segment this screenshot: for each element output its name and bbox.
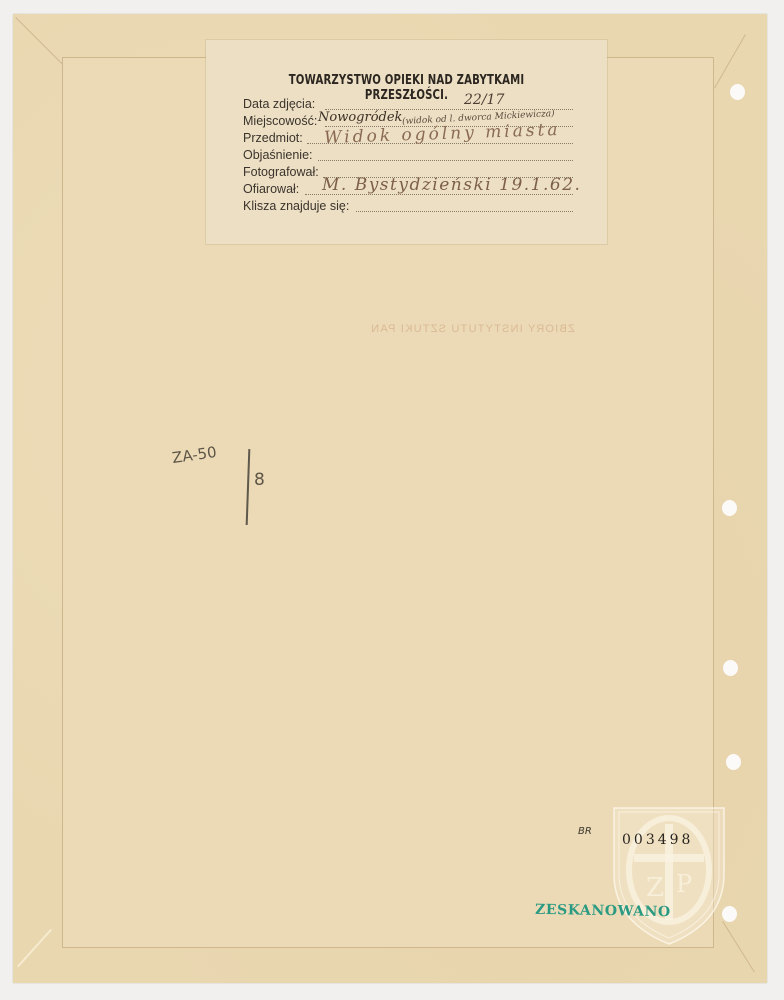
inventory-prefix: BR — [578, 826, 592, 837]
binder-hole — [722, 906, 737, 922]
pencil-number: 8 — [254, 470, 265, 490]
scanned-stamp: ZESKANOWANO — [535, 902, 671, 920]
svg-text:Z: Z — [646, 873, 664, 903]
field-label: Miejscowość: — [243, 114, 317, 128]
fold-crease-top-right — [714, 34, 746, 88]
binder-hole — [722, 500, 737, 516]
field-label: Data zdjęcia: — [243, 97, 315, 111]
field-label: Ofiarował: — [243, 182, 299, 196]
field-label: Klisza znajduje się: — [243, 199, 349, 213]
binder-hole — [730, 84, 745, 100]
binder-hole — [726, 754, 741, 770]
dotted-line — [356, 211, 573, 212]
catalog-label-card: TOWARZYSTWO OPIEKI NAD ZABYTKAMI PRZESZŁ… — [206, 40, 607, 244]
dotted-line — [318, 160, 573, 161]
binder-hole — [723, 660, 738, 676]
handwritten-donor: M. Bystydzieński 19.1.62. — [322, 175, 581, 195]
field-row-explanation: Objaśnienie: — [243, 146, 573, 164]
fold-crease-bottom-left — [17, 929, 52, 967]
svg-text:P: P — [676, 870, 692, 898]
field-label: Fotografował: — [243, 165, 319, 179]
inventory-number: 003498 — [622, 832, 693, 848]
field-label: Przedmiot: — [243, 131, 303, 145]
handwritten-place: Nowogródek — [318, 110, 402, 125]
field-label: Objaśnienie: — [243, 148, 313, 162]
fold-crease-top-left — [15, 17, 65, 67]
archive-stamp-bleedthrough: ZBIORY INSTYTUTU SZTUKI PAN — [370, 323, 575, 335]
handwritten-date: 22/17 — [464, 92, 504, 108]
watermark-logo-icon: Z P — [610, 804, 728, 946]
field-row-negative-location: Klisza znajduje się: — [243, 197, 573, 215]
